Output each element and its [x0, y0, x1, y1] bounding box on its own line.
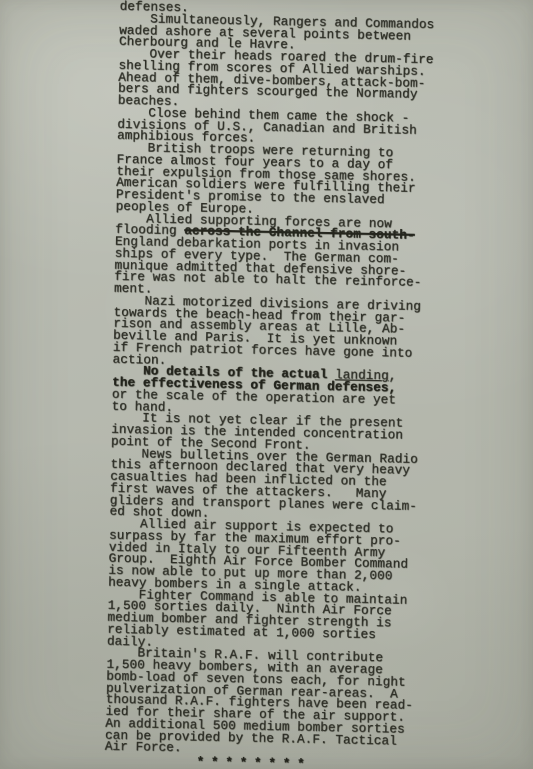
text-segment: Air Force. [105, 739, 182, 756]
text-segment: * * * * * * * * [196, 754, 305, 769]
text-block: defenses. Simultaneously, Rangers and Co… [104, 1, 449, 769]
paper-sheet: defenses. Simultaneously, Rangers and Co… [0, 0, 533, 769]
